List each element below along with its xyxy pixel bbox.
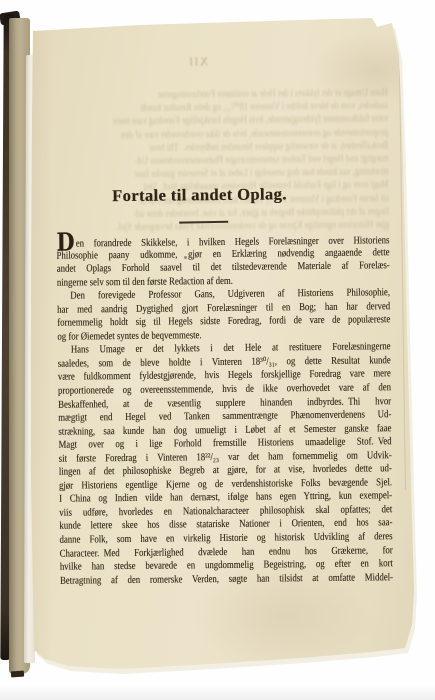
book-photo: XII Hans Umage er det lykkets i det Hele… — [0, 0, 435, 700]
text-line: Betragtning af den romerske Verden, søgt… — [60, 571, 393, 588]
ghost-page-number: XII — [54, 55, 341, 70]
chapter-title: Fortale til andet Oplag. — [56, 184, 343, 207]
show-through-lines: Hans Umage er det lykkets i det Hele at … — [55, 86, 390, 235]
paragraph: Den forandrede Skikkelse, i hvilken Hege… — [56, 232, 390, 290]
paragraph: Den forevigede Professor Gans, Udgiveren… — [57, 286, 391, 344]
printed-content: XII Hans Umage er det lykkets i det Hele… — [0, 0, 435, 700]
book-page: XII Hans Umage er det lykkets i det Hele… — [0, 0, 435, 700]
body-text: Den forandrede Skikkelse, i hvilken Hege… — [56, 232, 393, 588]
photo-background-shade — [0, 686, 435, 700]
paragraph: Hans Umage er det lykkets i det Hele at … — [57, 341, 393, 588]
book-cover-bottom-tip — [11, 671, 24, 678]
